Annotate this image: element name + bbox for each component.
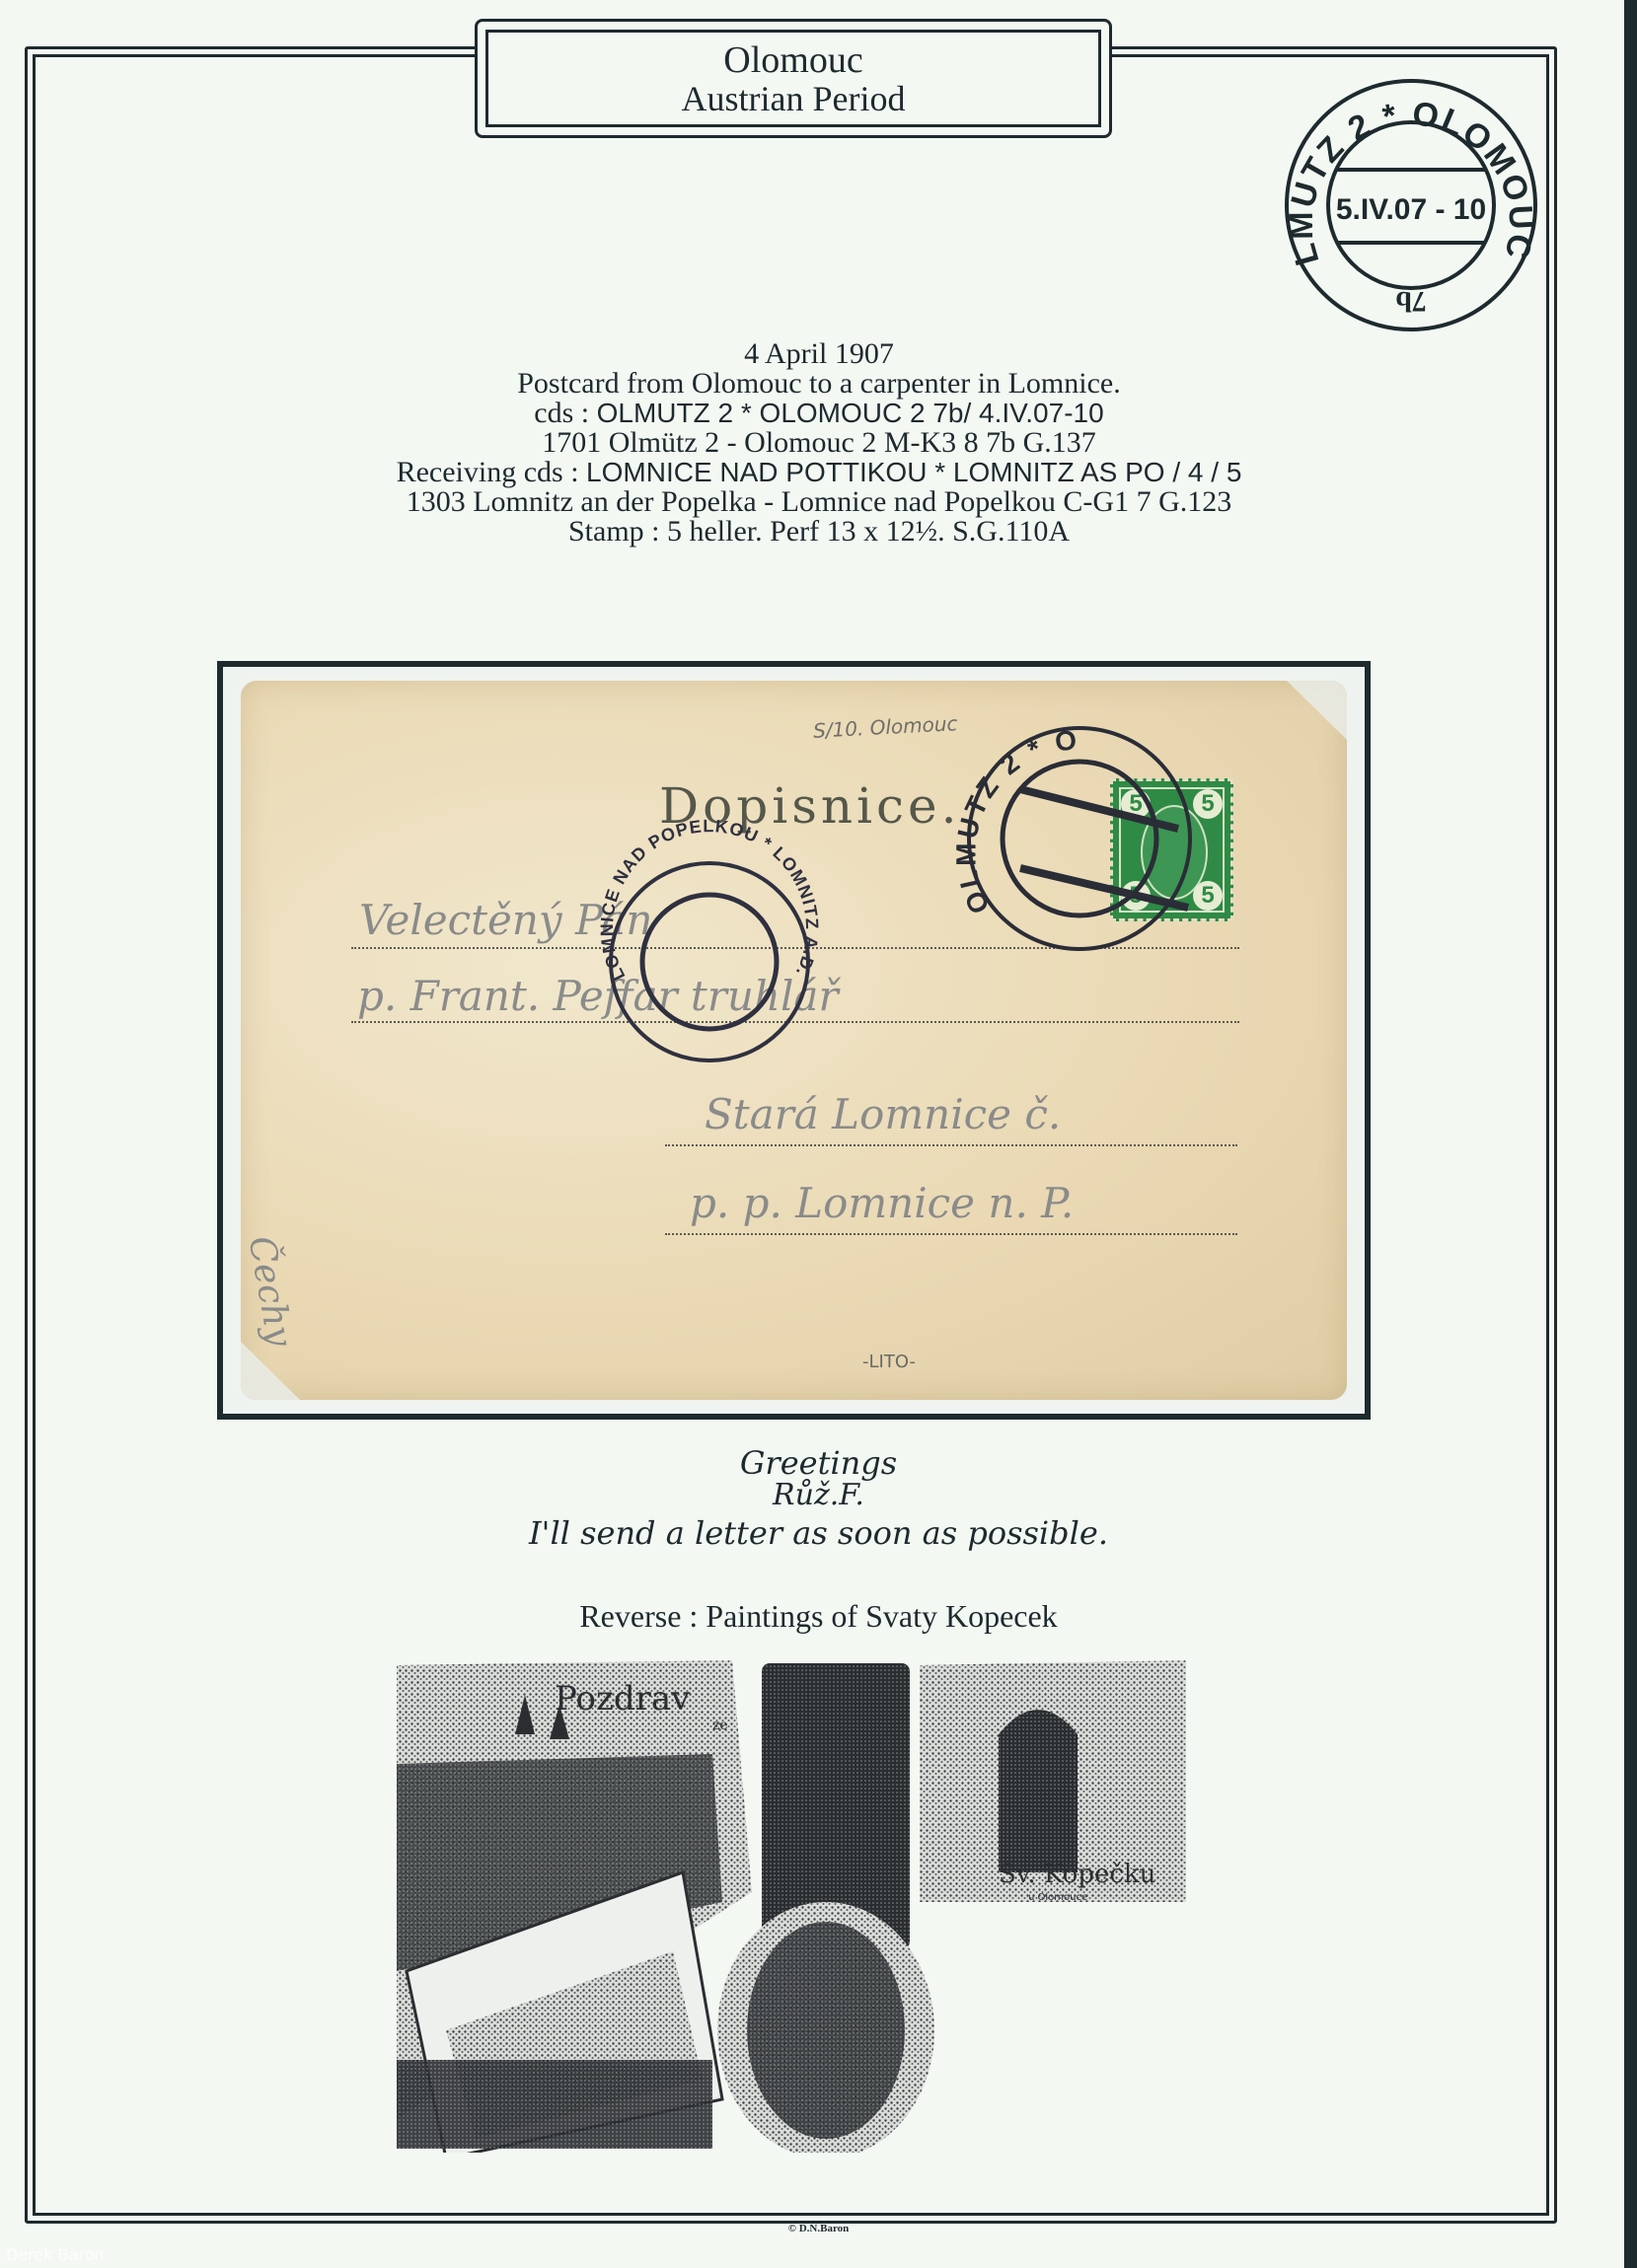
cds-line: cds : OLMUTZ 2 * OLOMOUC 2 7b/ 4.IV.07-1… (138, 399, 1500, 428)
svg-text:ze: ze (712, 1718, 728, 1733)
stamp-details: Stamp : 5 heller. Perf 13 x 12½. S.G.110… (138, 517, 1500, 547)
postcard-heading: Dopisnice. (659, 777, 961, 835)
address-line-1: Velectěný Pán (359, 896, 652, 944)
greeting-signature: Růž.F. (0, 1478, 1637, 1512)
postcard: S/10. Olomouc Dopisnice. Velectěný Pán p… (241, 681, 1347, 1400)
item-summary: Postcard from Olomouc to a carpenter in … (138, 369, 1500, 399)
svg-text:Sv. Kopečku: Sv. Kopečku (999, 1860, 1155, 1889)
reverse-caption: Reverse : Paintings of Svaty Kopecek (0, 1598, 1637, 1635)
cancellation-stamp-icon: OLMUTZ 2 * OLOMOUC 2 5.IV.07 - 10 7b (1281, 75, 1541, 335)
receiving-cds-value: LOMNICE NAD POTTIKOU * LOMNITZ AS PO / 4… (586, 457, 1241, 487)
page-subtitle: Austrian Period (682, 80, 906, 117)
title-box: Olomouc Austrian Period (475, 19, 1112, 138)
page-title: Olomouc (723, 40, 862, 80)
address-line-4: p. p. Lomnice n. P. (690, 1179, 1074, 1227)
watermark: Derek Baron (6, 2245, 105, 2264)
item-description: 4 April 1907 Postcard from Olomouc to a … (138, 339, 1500, 547)
svg-text:Pozdrav: Pozdrav (555, 1679, 691, 1719)
receiving-catalogue: 1303 Lomnitz an der Popelka - Lomnice na… (138, 487, 1500, 517)
postage-stamp-5-heller: 5 5 5 5 (1110, 778, 1233, 921)
greeting-message: I'll send a letter as soon as possible. (0, 1514, 1637, 1552)
postcard-front-image: S/10. Olomouc Dopisnice. Velectěný Pán p… (217, 661, 1371, 1420)
address-line-2: p. Frant. Peffar truhlář (357, 972, 839, 1020)
cds-value: OLMUTZ 2 * OLOMOUC 2 7b/ 4.IV.07-10 (597, 398, 1104, 428)
svg-text:5.IV.07 - 10: 5.IV.07 - 10 (1336, 193, 1486, 226)
bottom-note: -LITO- (862, 1352, 916, 1372)
scan-edge (1624, 0, 1637, 2268)
address-line-3: Stará Lomnice č. (705, 1090, 1061, 1138)
postcard-reverse-image: Pozdrav ze Sv. Kopečku u Olomouce (387, 1646, 1192, 2153)
greeting-line: Greetings (0, 1444, 1637, 1482)
svg-text:OLMUTZ 2 * O: OLMUTZ 2 * O (950, 724, 1080, 918)
item-date: 4 April 1907 (138, 339, 1500, 369)
pencil-note: S/10. Olomouc (812, 711, 958, 743)
svg-text:u Olomouce: u Olomouce (1028, 1892, 1087, 1903)
svg-text:7b: 7b (1395, 285, 1427, 318)
receiving-cds-line: Receiving cds : LOMNICE NAD POTTIKOU * L… (138, 458, 1500, 487)
cds-catalogue: 1701 Olmütz 2 - Olomouc 2 M-K3 8 7b G.13… (138, 428, 1500, 458)
side-note: Čechy (241, 1233, 300, 1350)
copyright: © D.N.Baron (0, 2223, 1637, 2234)
